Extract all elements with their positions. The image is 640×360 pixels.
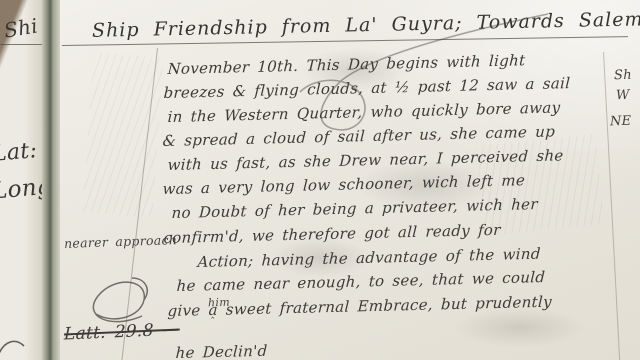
binding-gutter bbox=[42, 0, 60, 360]
left-page-bottom-flourish bbox=[0, 334, 26, 360]
left-page-fragment-ship: Shi bbox=[2, 13, 39, 42]
wind-entry: W bbox=[616, 88, 630, 103]
logbook-photo: Shi Lat: Long Ship Friendship from La' G… bbox=[0, 0, 640, 360]
left-page-header-rule bbox=[0, 44, 44, 45]
wind-entry: NE bbox=[610, 114, 632, 130]
wind-entry: Sh bbox=[614, 68, 632, 84]
left-page-fragment-lat: Lat: bbox=[0, 138, 38, 167]
left-page: Shi Lat: Long bbox=[0, 0, 44, 360]
insertion-caret: ‸ bbox=[211, 308, 215, 319]
log-line-partial: he Declin'd bbox=[175, 342, 268, 360]
